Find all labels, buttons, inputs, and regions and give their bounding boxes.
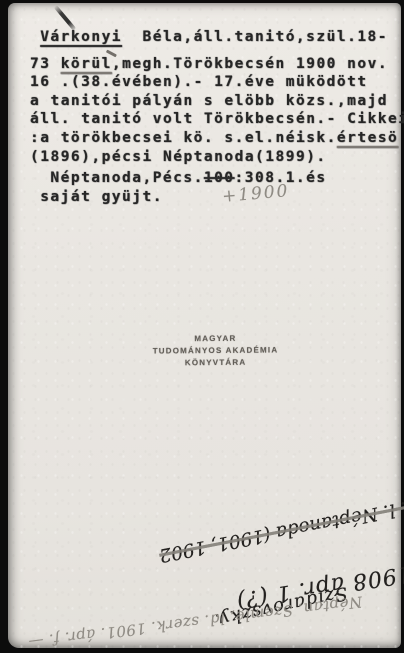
typed-text-segment: 73 (30, 56, 61, 72)
typed-text-segment: Várkonyi (40, 29, 122, 45)
typed-line: Várkonyi Béla,áll.tanitó,szül.18- (30, 28, 404, 47)
typed-text-segment: 16 .(38.évében).- 17.éve müködött (30, 74, 368, 90)
catalog-card: Várkonyi Béla,áll.tanitó,szül.18-73 körü… (8, 3, 401, 648)
stamp-line-3: KÖNYVTÁRA (118, 356, 313, 370)
typed-text-segment: Béla,áll.tanitó,szül.18- (122, 29, 388, 45)
typed-text-segment: körül (61, 56, 112, 72)
pencil-slash-mark (54, 5, 76, 31)
typed-text-segment: áll. tanitó volt Törökbecsén.- Cikkei (30, 111, 404, 127)
typed-line: 16 .(38.évében).- 17.éve müködött (30, 73, 404, 92)
struck-note-text: P. l. Néptanoda (1901, 1902 (157, 495, 404, 565)
typed-text-segment: a tanitói pályán s elöbb közs.,majd (30, 93, 388, 109)
typed-text-segment: értesö (337, 130, 398, 146)
handwritten-pencil-note: Néptan. Szemle, ld. szerk. 1901. ápr. f.… (27, 593, 363, 652)
typed-text-segment: Néptanoda,Pécs. (50, 170, 203, 186)
typed-line: (1896),pécsi Néptanoda(1899). (30, 148, 404, 167)
typed-text-segment: saját gyüjt. (40, 189, 163, 205)
typed-biography-block: Várkonyi Béla,áll.tanitó,szül.18-73 körü… (30, 28, 404, 166)
typed-line: 73 körül,megh.Törökbecsén 1900 nov. (30, 55, 404, 74)
typed-line: :a törökbecsei kö. s.el.néisk.értesö (30, 129, 404, 148)
typed-text-segment: :a törökbecsei kö. s.el.néisk. (30, 130, 337, 146)
handwritten-struck-note: P. l. Néptanoda (1901, 1902 (157, 495, 404, 565)
typed-line: áll. tanitó volt Törökbecsén.- Cikkei (30, 110, 404, 129)
scanned-image-background: Várkonyi Béla,áll.tanitó,szül.18-73 körü… (0, 0, 404, 653)
library-stamp: MAGYAR TUDOMÁNYOS AKADÉMIA KÖNYVTÁRA (118, 332, 313, 370)
typed-line: a tanitói pályán s elöbb közs.,majd (30, 92, 404, 111)
typed-text-segment: ,megh.Törökbecsén 1900 nov. (112, 56, 388, 72)
typed-text-segment: (1896),pécsi Néptanoda(1899). (30, 149, 327, 165)
typed-text-segment: 100 (204, 170, 235, 186)
